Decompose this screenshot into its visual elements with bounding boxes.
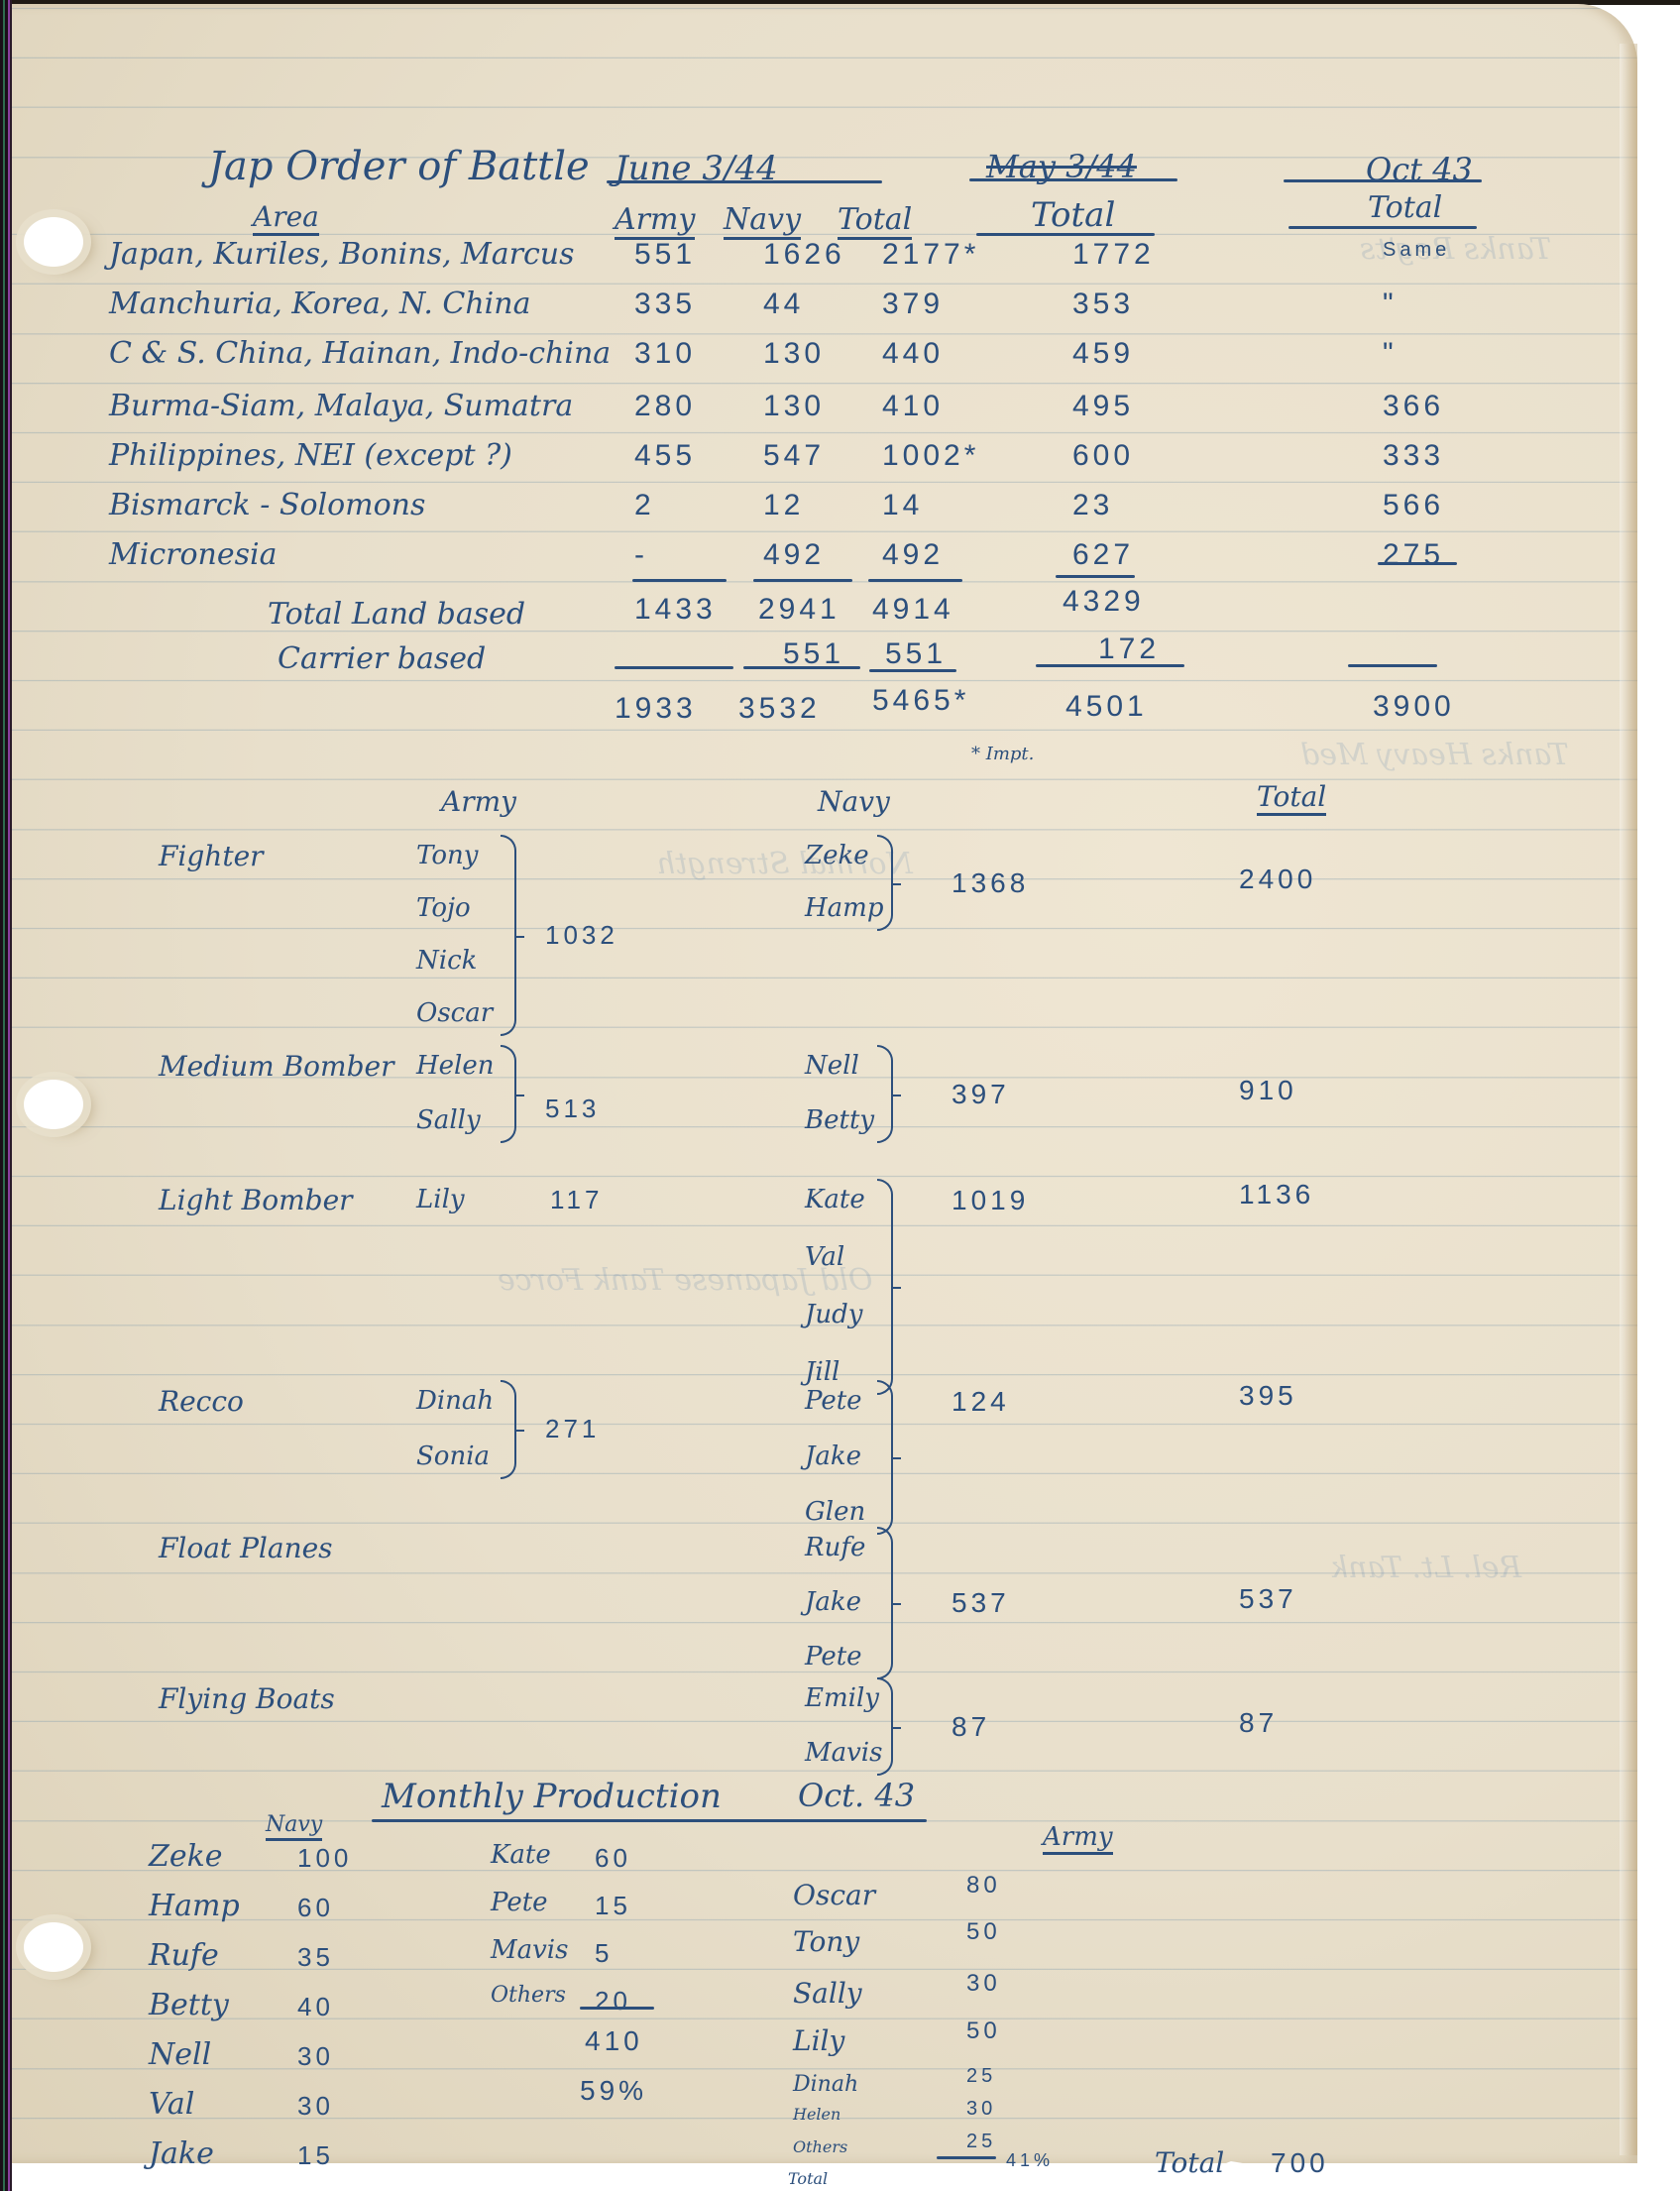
grand-total-total: 5465* — [872, 686, 969, 716]
production-title: Monthly Production — [382, 1780, 722, 1813]
ruled-paper-sheet: Tanks Reg'ts Tanks Heavy Med Normal Stre… — [12, 4, 1637, 2163]
army-aircraft-name: Tony — [416, 843, 478, 868]
type-total: 537 — [1239, 1585, 1297, 1613]
navy-count: 87 — [952, 1713, 990, 1741]
navy-production-pct: 59% — [580, 2077, 647, 2105]
grouping-brace — [877, 1677, 893, 1776]
army-aircraft-name: Tojo — [416, 895, 471, 921]
type-total: 1136 — [1239, 1181, 1314, 1209]
bleed-through-text: Normal Strength — [656, 847, 913, 881]
production-value: 35 — [297, 1944, 334, 1970]
bleed-through-text: Rel. Lt. Tank — [1330, 1551, 1521, 1585]
sum-rule — [632, 579, 727, 582]
army-aircraft-name: Lily — [416, 1187, 465, 1212]
navy-aircraft-name: Nell — [805, 1053, 859, 1079]
bleed-through-text: Tanks Heavy Med — [1300, 738, 1569, 772]
area-label: Bismarck - Solomons — [109, 491, 425, 520]
sum-rule — [743, 666, 860, 669]
grouping-brace — [501, 835, 516, 1036]
production-value: 15 — [595, 1893, 631, 1918]
area-label: Japan, Kuriles, Bonins, Marcus — [109, 240, 575, 270]
navy-count: 537 — [952, 1589, 1010, 1617]
navy-value: 44 — [763, 289, 804, 319]
total-value: 410 — [882, 392, 944, 421]
navy-count: 1019 — [952, 1187, 1029, 1214]
grouping-brace — [877, 1179, 893, 1395]
punch-hole-bottom — [24, 1922, 83, 1972]
production-navy-header: Navy — [266, 1814, 322, 1841]
grand-total-may: 4501 — [1065, 692, 1148, 722]
scan-border — [0, 0, 12, 2191]
type-total: 2400 — [1239, 865, 1316, 893]
army-aircraft-name: Nick — [416, 948, 477, 974]
grand-total-oct: 3900 — [1373, 692, 1455, 722]
aircraft-type-label: Recco — [159, 1388, 244, 1416]
production-aircraft-name: Sally — [793, 1980, 862, 2008]
total-value: 1002* — [882, 441, 979, 471]
production-value: 30 — [966, 2099, 996, 2119]
production-aircraft-name: Kate — [491, 1842, 551, 1868]
may-underline — [969, 178, 1177, 181]
sum-rule — [1036, 664, 1184, 667]
production-value: 40 — [297, 1994, 334, 2019]
navy-aircraft-name: Rufe — [805, 1535, 865, 1560]
army-value: 280 — [634, 392, 696, 421]
aircraft-type-label: Medium Bomber — [159, 1053, 393, 1081]
grouping-brace — [501, 1045, 516, 1143]
production-aircraft-name: Jake — [149, 2139, 214, 2169]
production-value: 60 — [595, 1845, 631, 1871]
production-aircraft-name: Tony — [793, 1928, 859, 1956]
production-value: 50 — [966, 2019, 1001, 2043]
army-count: 117 — [550, 1187, 603, 1212]
navy-aircraft-name: Emily — [805, 1685, 879, 1711]
grouping-brace — [501, 1380, 516, 1479]
navy-sum-rule — [580, 2007, 654, 2010]
land-based-may: 4329 — [1063, 587, 1145, 617]
oct-total-value: " — [1383, 289, 1398, 319]
footnote-important: * Impt. — [971, 746, 1034, 763]
production-value: 25 — [966, 2132, 996, 2151]
oct-total-value: 366 — [1383, 392, 1444, 421]
aircraft-type-label: Fighter — [159, 843, 264, 870]
navy-aircraft-name: Betty — [805, 1107, 874, 1133]
army-count: 271 — [545, 1416, 600, 1441]
production-value: 60 — [297, 1895, 334, 1920]
production-grand-total: 700 — [1271, 2149, 1329, 2177]
type-navy-header: Navy — [818, 788, 890, 816]
navy-aircraft-name: Mavis — [805, 1740, 882, 1766]
army-production-pct: 41% — [1006, 2151, 1054, 2169]
total-value: 2177* — [882, 240, 979, 270]
navy-value: 492 — [763, 540, 825, 570]
production-aircraft-name: Val — [149, 2090, 194, 2120]
army-value: 335 — [634, 289, 696, 319]
production-aircraft-name: Lily — [793, 2027, 844, 2055]
production-value: 15 — [297, 2142, 334, 2168]
army-value: 455 — [634, 441, 696, 471]
may-total-underline — [976, 233, 1155, 236]
land-based-total: 4914 — [872, 595, 954, 625]
army-aircraft-name: Sally — [416, 1107, 481, 1133]
grand-total-label: Total — [1155, 2149, 1224, 2177]
navy-aircraft-name: Kate — [805, 1187, 865, 1212]
production-aircraft-name: Dinah — [793, 2074, 858, 2096]
june-navy-header: Navy — [724, 205, 801, 240]
type-total: 395 — [1239, 1382, 1297, 1410]
area-label: Micronesia — [109, 540, 277, 570]
carrier-based-may: 172 — [1098, 634, 1160, 664]
oct-total-value: 333 — [1383, 441, 1444, 471]
navy-aircraft-name: Jake — [805, 1443, 861, 1469]
carrier-based-navy: 551 — [783, 639, 844, 669]
total-value: 379 — [882, 289, 944, 319]
navy-aircraft-name: Glen — [805, 1499, 865, 1525]
total-value: 14 — [882, 491, 923, 520]
aircraft-type-label: Float Planes — [159, 1535, 333, 1562]
army-count: 513 — [545, 1095, 600, 1121]
production-value: 5 — [595, 1940, 613, 1966]
navy-aircraft-name: Jill — [805, 1359, 840, 1385]
land-based-navy: 2941 — [758, 595, 840, 625]
navy-aircraft-name: Zeke — [805, 843, 869, 868]
army-aircraft-name: Sonia — [416, 1443, 490, 1469]
may-total-value: 627 — [1072, 540, 1134, 570]
june-underline — [607, 180, 882, 183]
navy-aircraft-name: Pete — [805, 1644, 862, 1670]
punch-hole-top — [24, 217, 83, 267]
navy-value: 547 — [763, 441, 825, 471]
production-aircraft-name: Zeke — [149, 1842, 223, 1872]
grouping-brace — [877, 1045, 893, 1143]
army-count: 1032 — [545, 922, 618, 948]
navy-aircraft-name: Val — [805, 1244, 844, 1270]
army-value: - — [634, 540, 648, 570]
oct-total-value: 566 — [1383, 491, 1444, 520]
navy-aircraft-name: Jake — [805, 1589, 861, 1615]
grand-total-army: 1933 — [615, 694, 697, 724]
production-value: 50 — [966, 1920, 1001, 1944]
army-total-label: Total — [788, 2171, 828, 2187]
oct-total-header: Total — [1368, 193, 1442, 223]
production-aircraft-name: Pete — [491, 1890, 548, 1915]
army-sum-rule — [937, 2156, 996, 2159]
navy-value: 130 — [763, 339, 825, 369]
production-aircraft-name: Others — [491, 1985, 566, 2007]
navy-count: 1368 — [952, 869, 1029, 897]
may-total-value: 495 — [1072, 392, 1134, 421]
production-aircraft-name: Oscar — [793, 1882, 875, 1909]
navy-production-total: 410 — [585, 2027, 643, 2055]
sum-rule — [869, 669, 956, 672]
aircraft-type-label: Light Bomber — [159, 1187, 353, 1214]
oct-total-underline — [1288, 226, 1477, 229]
army-value: 551 — [634, 240, 696, 270]
sum-rule — [1348, 664, 1437, 667]
total-value: 492 — [882, 540, 944, 570]
may-total-value: 353 — [1072, 289, 1134, 319]
land-based-label: Total Land based — [268, 600, 525, 630]
oct-underline — [1284, 179, 1482, 182]
type-total: 87 — [1239, 1709, 1278, 1737]
navy-value: 1626 — [763, 240, 845, 270]
area-header: Area — [253, 203, 319, 236]
may-total-header: Total — [1031, 198, 1115, 232]
navy-count: 397 — [952, 1081, 1010, 1108]
may-total-value: 1772 — [1072, 240, 1155, 270]
navy-value: 12 — [763, 491, 804, 520]
sum-rule — [1056, 575, 1135, 578]
production-value: 80 — [966, 1874, 1001, 1898]
navy-value: 130 — [763, 392, 825, 421]
production-value: 30 — [966, 1972, 1001, 1996]
navy-aircraft-name: Judy — [805, 1302, 863, 1327]
oct-total-value: Same — [1383, 240, 1450, 260]
army-value: 2 — [634, 491, 655, 520]
production-date: Oct. 43 — [798, 1780, 915, 1811]
army-value: 310 — [634, 339, 696, 369]
army-aircraft-name: Helen — [416, 1053, 495, 1079]
production-underline — [372, 1819, 927, 1822]
navy-aircraft-name: Hamp — [805, 895, 883, 921]
may-total-value: 459 — [1072, 339, 1134, 369]
page-title: Jap Order of Battle — [208, 147, 590, 186]
production-value: 30 — [297, 2043, 334, 2069]
navy-count: 124 — [952, 1388, 1010, 1416]
army-aircraft-name: Dinah — [416, 1388, 494, 1414]
production-aircraft-name: Nell — [149, 2040, 211, 2070]
navy-aircraft-name: Pete — [805, 1388, 862, 1414]
punch-hole-middle — [24, 1080, 83, 1129]
production-value: 25 — [966, 2066, 996, 2086]
oct-total-value: 275 — [1383, 540, 1444, 570]
grouping-brace — [877, 1380, 893, 1535]
grouping-brace — [877, 835, 893, 931]
area-label: Burma-Siam, Malaya, Sumatra — [109, 392, 573, 421]
production-aircraft-name: Betty — [149, 1991, 229, 2020]
grand-total-navy: 3532 — [738, 694, 821, 724]
june-total-header: Total — [838, 205, 912, 240]
production-aircraft-name: Helen — [793, 2107, 840, 2123]
production-army-header: Army — [1043, 1824, 1113, 1855]
type-army-header: Army — [441, 788, 516, 816]
type-total-header: Total — [1257, 783, 1326, 816]
production-aircraft-name: Mavis — [491, 1937, 568, 1963]
production-aircraft-name: Others — [793, 2139, 847, 2155]
june-army-header: Army — [615, 205, 695, 240]
type-total: 910 — [1239, 1077, 1297, 1104]
sum-rule — [1378, 562, 1457, 565]
sum-rule — [615, 666, 733, 669]
aircraft-type-label: Flying Boats — [159, 1685, 335, 1713]
total-value: 440 — [882, 339, 944, 369]
carrier-based-label: Carrier based — [278, 644, 486, 674]
area-label: Manchuria, Korea, N. China — [109, 289, 530, 319]
production-value: 100 — [297, 1845, 352, 1871]
may-total-value: 23 — [1072, 491, 1113, 520]
army-aircraft-name: Oscar — [416, 1000, 493, 1026]
sum-rule — [868, 579, 962, 582]
carrier-based-total: 551 — [885, 639, 947, 669]
area-label: C & S. China, Hainan, Indo-china — [109, 339, 611, 369]
land-based-army: 1433 — [634, 595, 717, 625]
production-value: 20 — [595, 1988, 631, 2014]
may-total-value: 600 — [1072, 441, 1134, 471]
production-aircraft-name: Rufe — [149, 1941, 219, 1971]
production-aircraft-name: Hamp — [149, 1892, 240, 1921]
sum-rule — [753, 579, 852, 582]
area-label: Philippines, NEI (except ?) — [109, 441, 512, 471]
grouping-brace — [877, 1527, 893, 1679]
oct-total-value: " — [1383, 339, 1398, 369]
production-value: 30 — [297, 2093, 334, 2119]
